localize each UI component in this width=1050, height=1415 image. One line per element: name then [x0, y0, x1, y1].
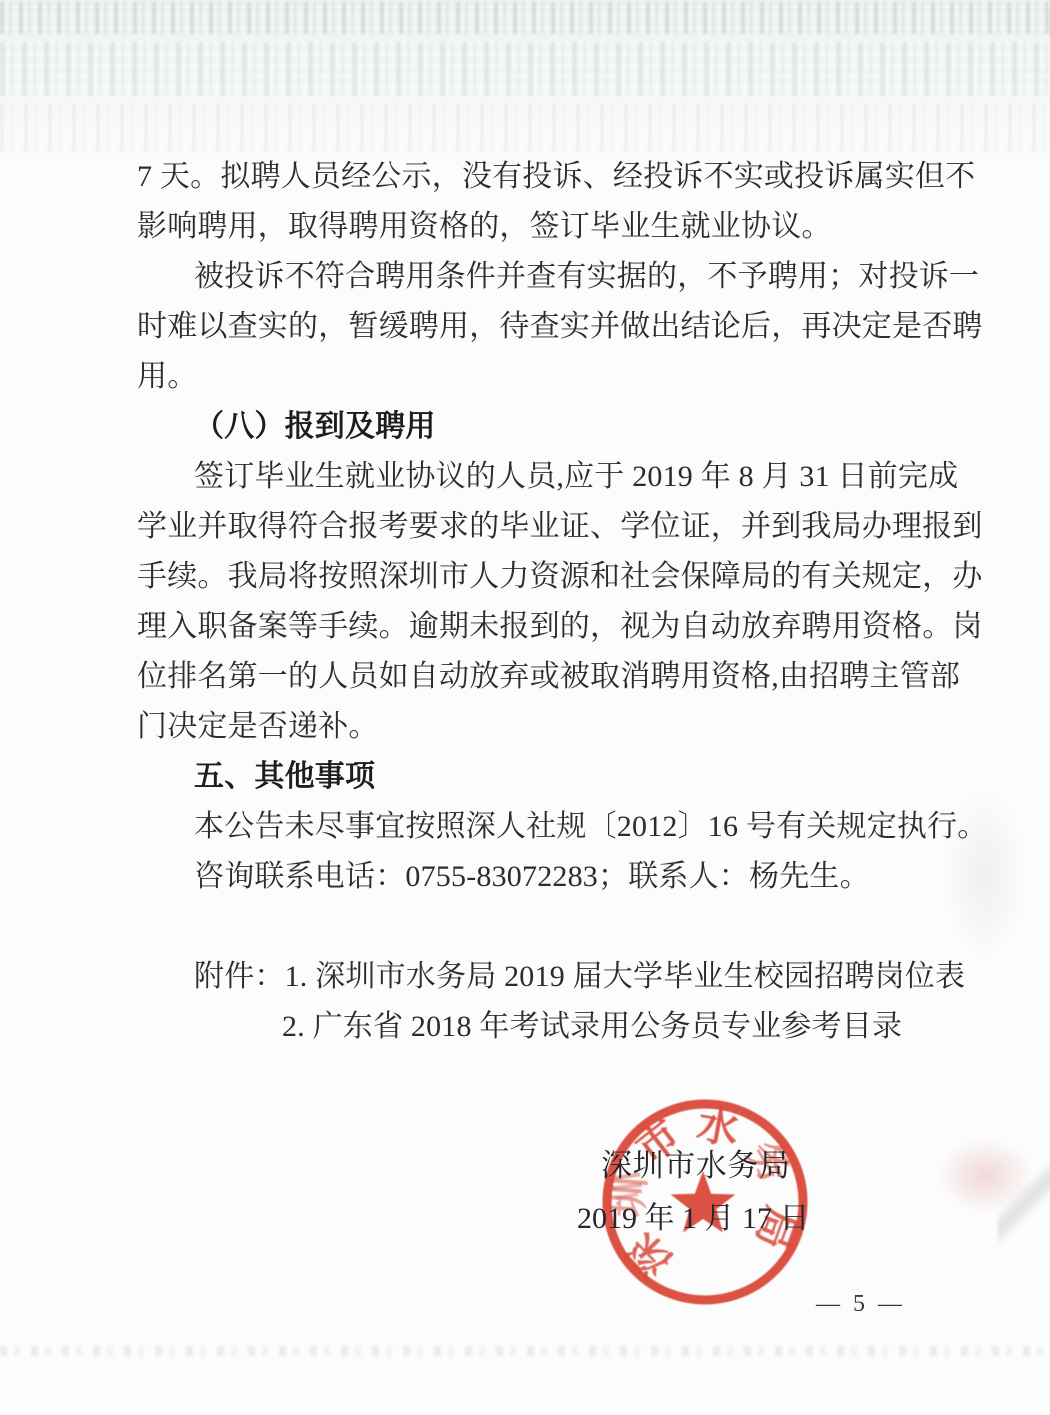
seal-bleedthrough-smudge — [938, 1138, 1033, 1213]
document-line: 手续。我局将按照深圳市人力资源和社会保障局的有关规定，办 — [137, 552, 937, 602]
document-line: 时难以查实的，暂缓聘用，待查实并做出结论后，再决定是否聘 — [137, 302, 937, 352]
page-number: — 5 — — [816, 1291, 902, 1318]
document-line: 学业并取得符合报考要求的毕业证、学位证，并到我局办理报到 — [137, 502, 937, 552]
scan-streak — [998, 1150, 1050, 1255]
document-line: 2. 广东省 2018 年考试录用公务员专业参考目录 — [137, 1002, 937, 1052]
document-line: 本公告未尽事宜按照深人社规〔2012〕16 号有关规定执行。 — [137, 802, 937, 852]
document-line: 被投诉不符合聘用条件并查有实据的，不予聘用；对投诉一 — [137, 252, 937, 302]
document-line: 门决定是否递补。 — [137, 702, 937, 752]
document-line: 咨询联系电话：0755-83072283；联系人：杨先生。 — [137, 852, 937, 902]
bleedthrough-tint — [0, 0, 1050, 160]
bleedthrough-noise-band — [0, 104, 1050, 152]
document-line: 用。 — [137, 352, 937, 402]
document-line: 签订毕业生就业协议的人员,应于 2019 年 8 月 31 日前完成 — [137, 452, 937, 502]
document-line — [137, 902, 937, 952]
document-line: 7 天。拟聘人员经公示，没有投诉、经投诉不实或投诉属实但不 — [137, 152, 937, 202]
section-heading: 五、其他事项 — [137, 752, 937, 802]
document-line: 附件：1. 深圳市水务局 2019 届大学毕业生校园招聘岗位表 — [137, 952, 937, 1002]
document-line: 理入职备案等手续。逾期未报到的，视为自动放弃聘用资格。岗 — [137, 602, 937, 652]
issuer-name: 深圳市水务局 — [601, 1146, 791, 1186]
scanned-document-page: 7 天。拟聘人员经公示，没有投诉、经投诉不实或投诉属实但不影响聘用，取得聘用资格… — [0, 0, 1050, 1415]
bleedthrough-noise-band — [0, 2, 1050, 34]
bleedthrough-noise-band — [0, 1346, 1050, 1356]
document-body: 7 天。拟聘人员经公示，没有投诉、经投诉不实或投诉属实但不影响聘用，取得聘用资格… — [137, 152, 937, 1052]
document-line: 影响聘用，取得聘用资格的，签订毕业生就业协议。 — [137, 202, 937, 252]
bleedthrough-noise-band — [0, 42, 1050, 96]
issue-date: 2019 年 1 月 17 日 — [577, 1199, 810, 1239]
section-heading: （八）报到及聘用 — [137, 402, 937, 452]
document-line: 位排名第一的人员如自动放弃或被取消聘用资格,由招聘主管部 — [137, 652, 937, 702]
